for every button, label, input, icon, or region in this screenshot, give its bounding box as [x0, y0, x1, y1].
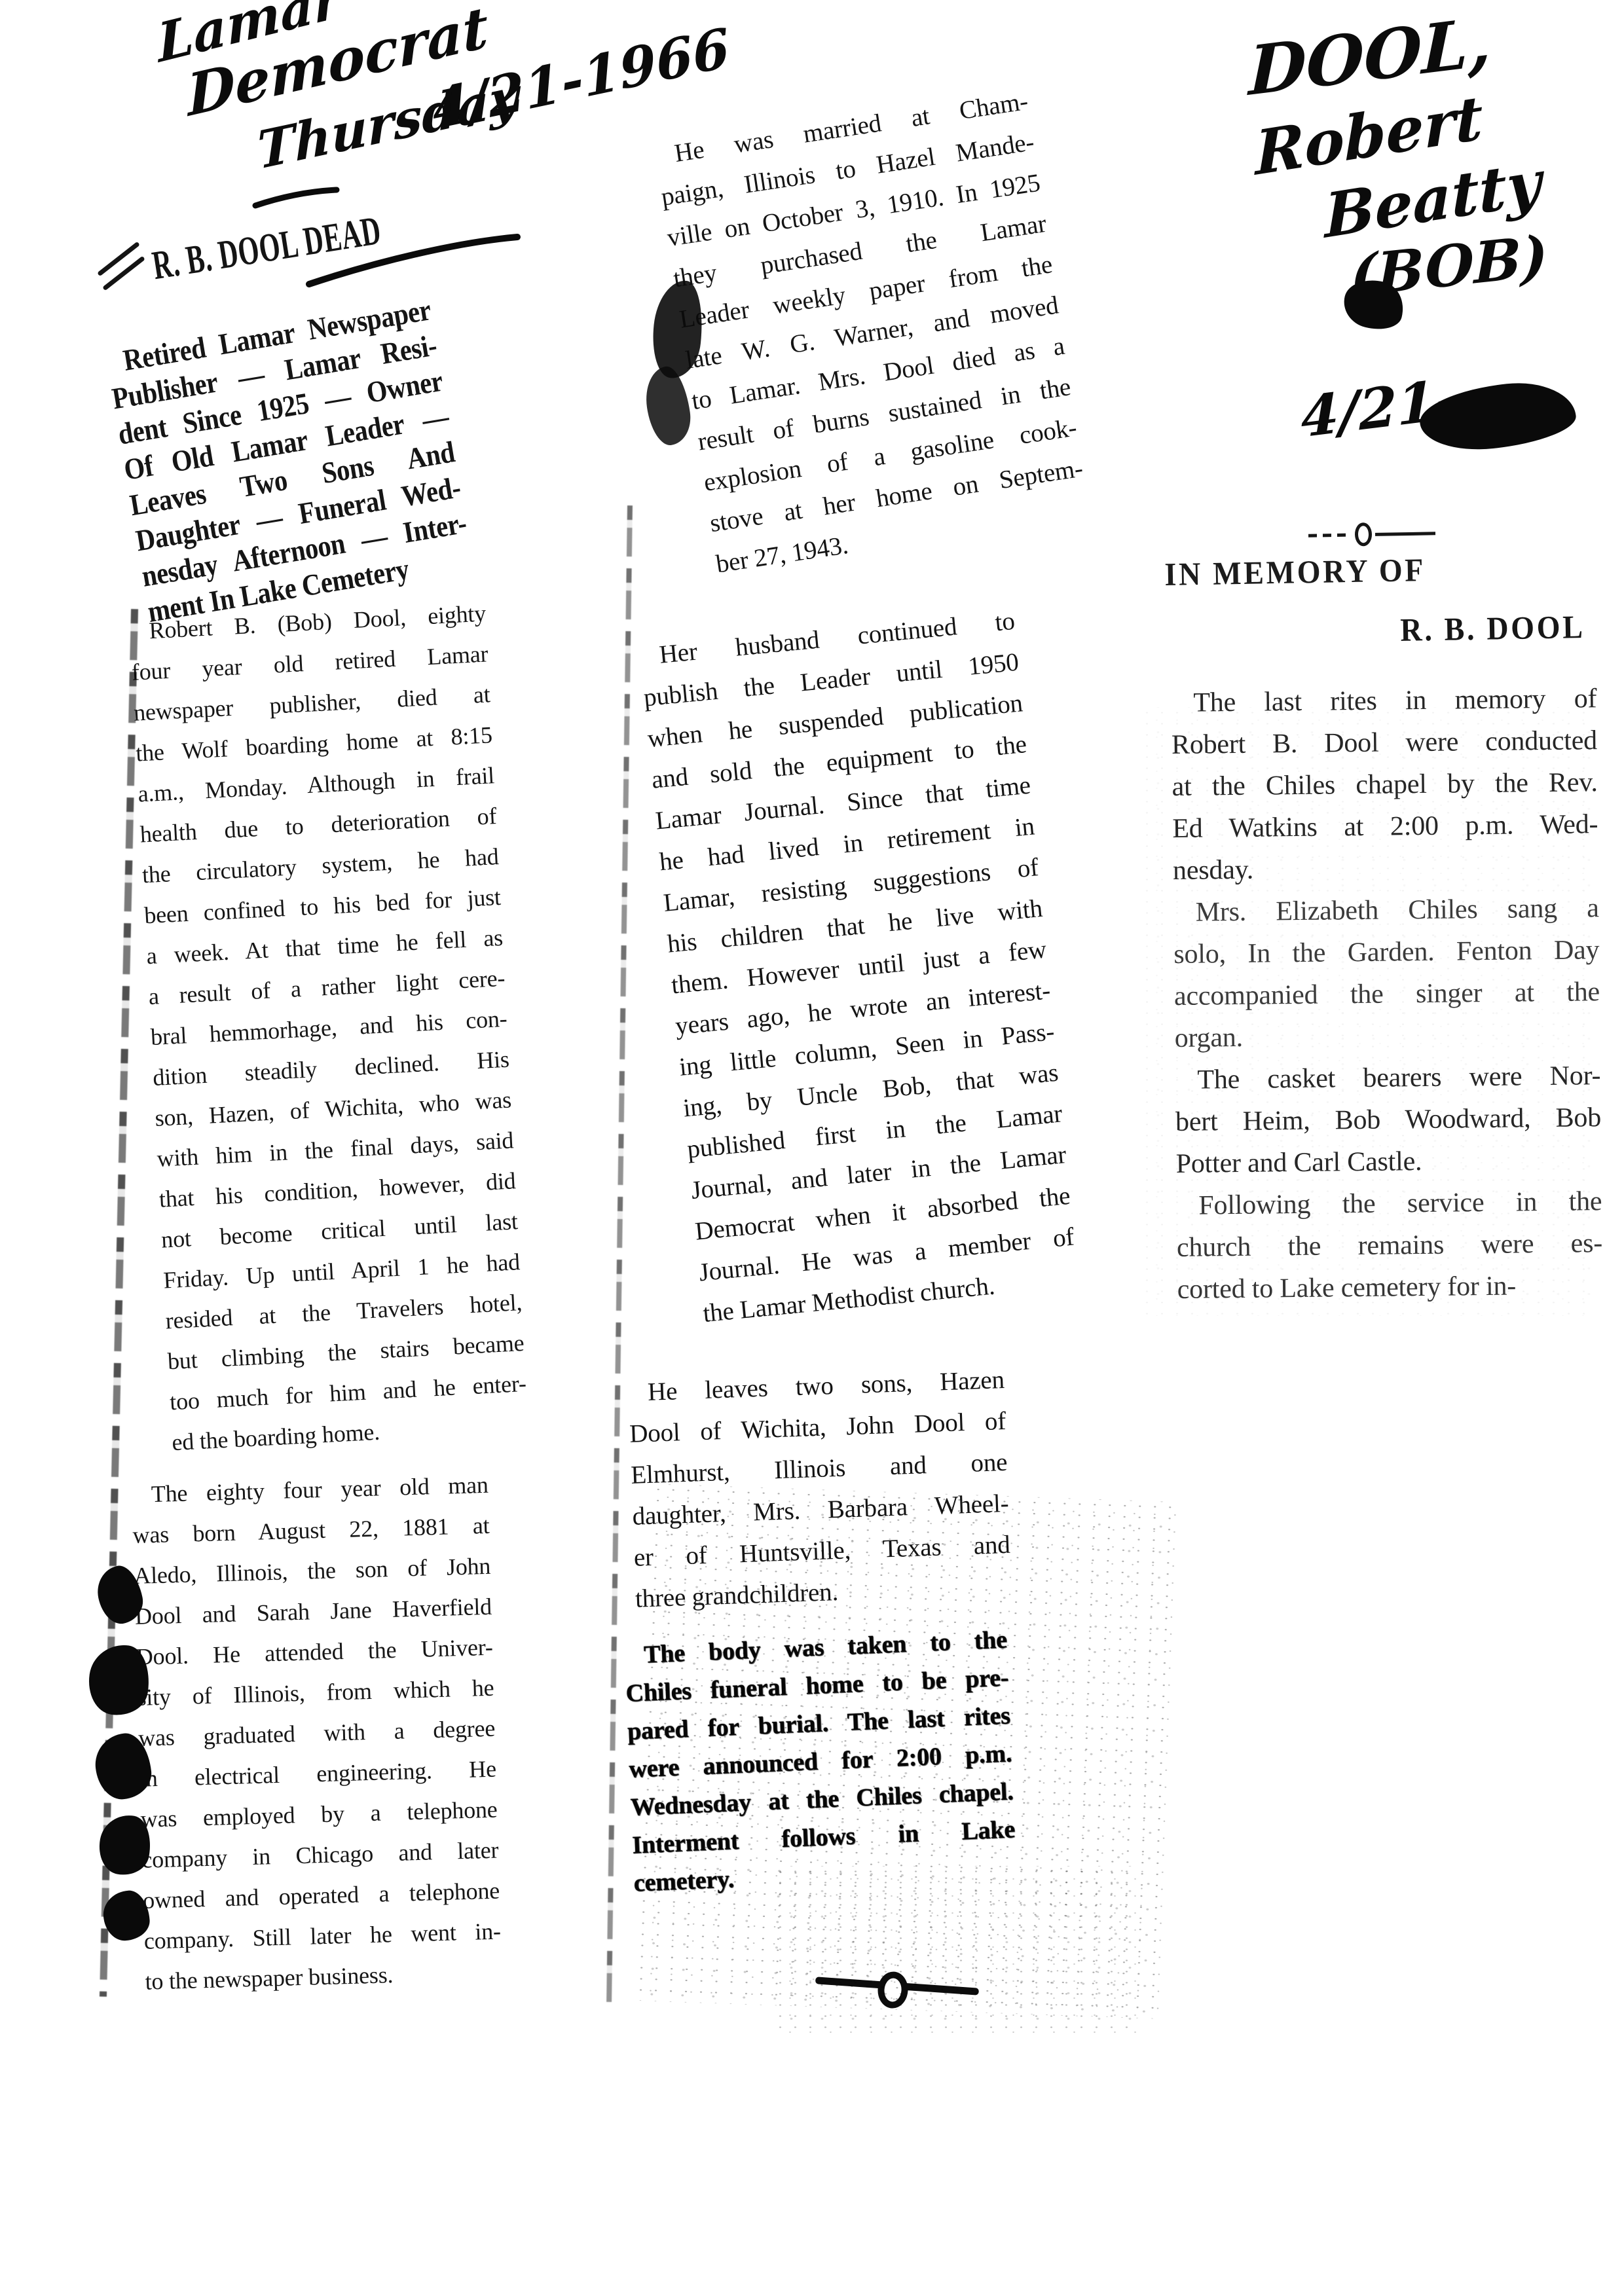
- memorial-divider: [1308, 521, 1436, 547]
- subhead: Retired Lamar NewspaperPublisher — Lamar…: [103, 291, 475, 630]
- paper-noise: [1139, 707, 1598, 1316]
- ink-smudge: [642, 364, 694, 448]
- divider-rule: [1375, 532, 1435, 536]
- divider-dashes: [1308, 533, 1352, 537]
- memorial-subtitle: R. B. DOOL: [1205, 608, 1585, 652]
- scanned-obituary-page: Lamar Democrat Thursday 4/21-1966 R. B. …: [0, 0, 1624, 2296]
- obituary-paragraph: Her husband continued topublish the Lead…: [638, 600, 1080, 1334]
- paper-noise: [773, 1866, 1139, 2036]
- obituary-paragraph: Robert B. (Bob) Dool, eightyfour year ol…: [128, 592, 529, 1463]
- obituary-paragraph: He was married at Cham-paign, Illinois t…: [652, 81, 1092, 585]
- memorial-title: IN MEMORY OF: [1164, 551, 1426, 593]
- scan-edge-streak: [606, 505, 633, 2005]
- obituary-paragraph: The eighty four year old manwas born Aug…: [131, 1465, 502, 2002]
- divider-oval-icon: [1355, 522, 1373, 546]
